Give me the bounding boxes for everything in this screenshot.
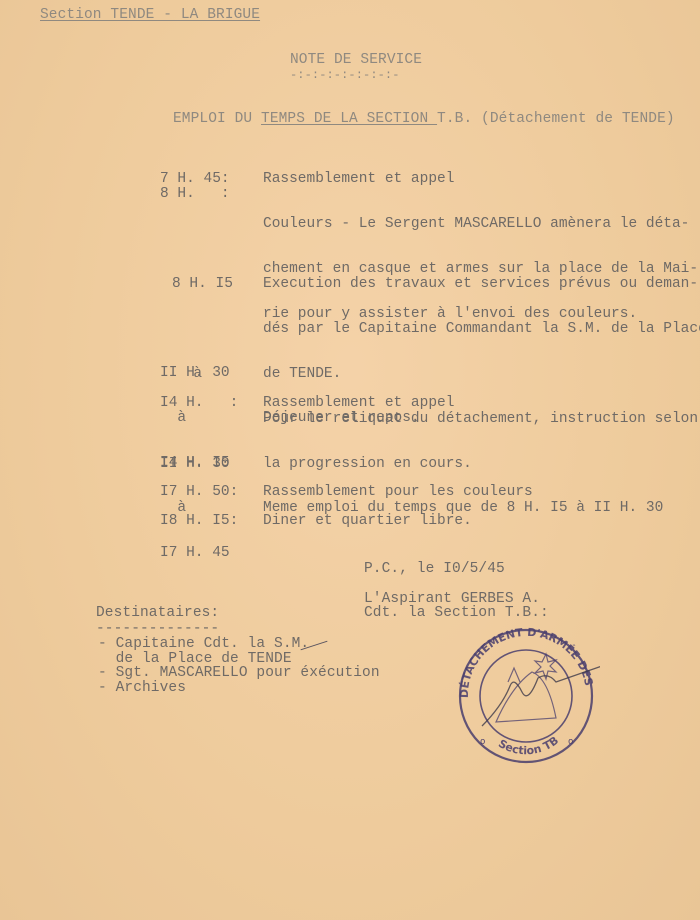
- schedule-description: Rassemblement pour les couleurs: [263, 485, 533, 500]
- document-subtitle: EMPLOI DU TEMPS DE LA SECTION T.B. (Déta…: [173, 112, 675, 127]
- schedule-description: Rassemblement et appel: [263, 396, 454, 411]
- place-date: P.C., le I0/5/45: [364, 562, 505, 577]
- schedule-time: I8 H. I5:: [160, 514, 250, 529]
- subtitle-prefix: EMPLOI DU: [173, 111, 261, 127]
- schedule-time: I7 H. 50:: [160, 485, 250, 500]
- recipient-item: - Sgt. MASCARELLO pour éxécution: [98, 666, 380, 681]
- official-stamp: DÉTACHEMENT D'ARMÉE DES ALPES Section TB…: [452, 626, 600, 766]
- schedule-description: Rassemblement et appel: [263, 172, 454, 187]
- svg-text:o: o: [568, 737, 573, 747]
- title-rule: -:-:-:-:-:-:-:-: [290, 68, 400, 83]
- svg-text:o: o: [480, 737, 485, 747]
- document-title: NOTE DE SERVICE: [290, 53, 422, 68]
- schedule-time: I4 H. I5 à I7 H. 45: [160, 426, 250, 591]
- section-header: Section TENDE - LA BRIGUE: [40, 8, 260, 23]
- recipient-item: - Capitaine Cdt. la S.M.: [98, 637, 309, 652]
- subtitle-underlined: TEMPS DE LA SECTION: [261, 111, 437, 127]
- recipients-heading: Destinataires:: [96, 606, 219, 621]
- schedule-time: I4 H. :: [160, 396, 250, 411]
- signatory-role: Cdt. la Section T.B.:: [364, 606, 549, 621]
- recipient-item: - Archives: [98, 681, 186, 696]
- stamp-outer-text: DÉTACHEMENT D'ARMÉE DES ALPES: [452, 626, 596, 698]
- edelweiss-icon: [496, 654, 556, 722]
- schedule-time: 7 H. 45:: [160, 172, 250, 187]
- recipients-rule: --------------: [96, 622, 219, 637]
- svg-text:DÉTACHEMENT D'ARMÉE DES ALPES: DÉTACHEMENT D'ARMÉE DES ALPES: [452, 626, 596, 698]
- subtitle-suffix: T.B. (Détachement de TENDE): [437, 111, 675, 127]
- document-page: Section TENDE - LA BRIGUE NOTE DE SERVIC…: [0, 0, 700, 920]
- schedule-description: Diner et quartier libre.: [263, 514, 472, 529]
- schedule-time: 8 H. :: [160, 187, 250, 202]
